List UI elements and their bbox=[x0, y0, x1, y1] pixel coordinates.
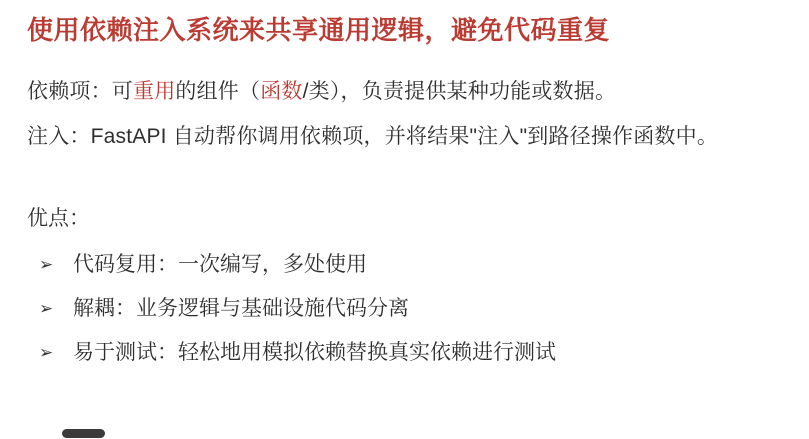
slide-content: 使用依赖注入系统来共享通用逻辑，避免代码重复 依赖项：可重用的组件（函数/类），… bbox=[0, 0, 809, 368]
text-segment: 函数 bbox=[260, 80, 302, 103]
paragraph-injection-definition: 注入：FastAPI 自动帮你调用依赖项，并将结果"注入"到路径操作函数中。 bbox=[27, 122, 779, 152]
text-segment: 的组件（ bbox=[175, 80, 260, 103]
list-item-label: 解耦：业务逻辑与基础设施代码分离 bbox=[73, 294, 409, 324]
arrowhead-bullet-icon: ➢ bbox=[39, 338, 58, 368]
advantages-heading: 优点： bbox=[27, 204, 779, 234]
progress-bar[interactable] bbox=[62, 429, 105, 438]
arrowhead-bullet-icon: ➢ bbox=[39, 294, 58, 324]
text-segment: 依赖项：可 bbox=[27, 80, 133, 103]
list-item-label: 代码复用：一次编写，多处使用 bbox=[73, 250, 367, 280]
arrowhead-bullet-icon: ➢ bbox=[39, 250, 58, 280]
list-item: ➢ 解耦：业务逻辑与基础设施代码分离 bbox=[27, 294, 779, 324]
slide-page: 使用依赖注入系统来共享通用逻辑，避免代码重复 依赖项：可重用的组件（函数/类），… bbox=[0, 0, 809, 439]
paragraph-dependency-definition: 依赖项：可重用的组件（函数/类），负责提供某种功能或数据。 bbox=[27, 77, 779, 107]
list-item: ➢ 代码复用：一次编写，多处使用 bbox=[27, 250, 779, 280]
page-title: 使用依赖注入系统来共享通用逻辑，避免代码重复 bbox=[27, 14, 779, 46]
list-item: ➢ 易于测试：轻松地用模拟依赖替换真实依赖进行测试 bbox=[27, 338, 779, 368]
text-segment: 重用 bbox=[133, 80, 175, 103]
text-segment: /类），负责提供某种功能或数据。 bbox=[303, 80, 617, 103]
list-item-label: 易于测试：轻松地用模拟依赖替换真实依赖进行测试 bbox=[73, 338, 556, 368]
